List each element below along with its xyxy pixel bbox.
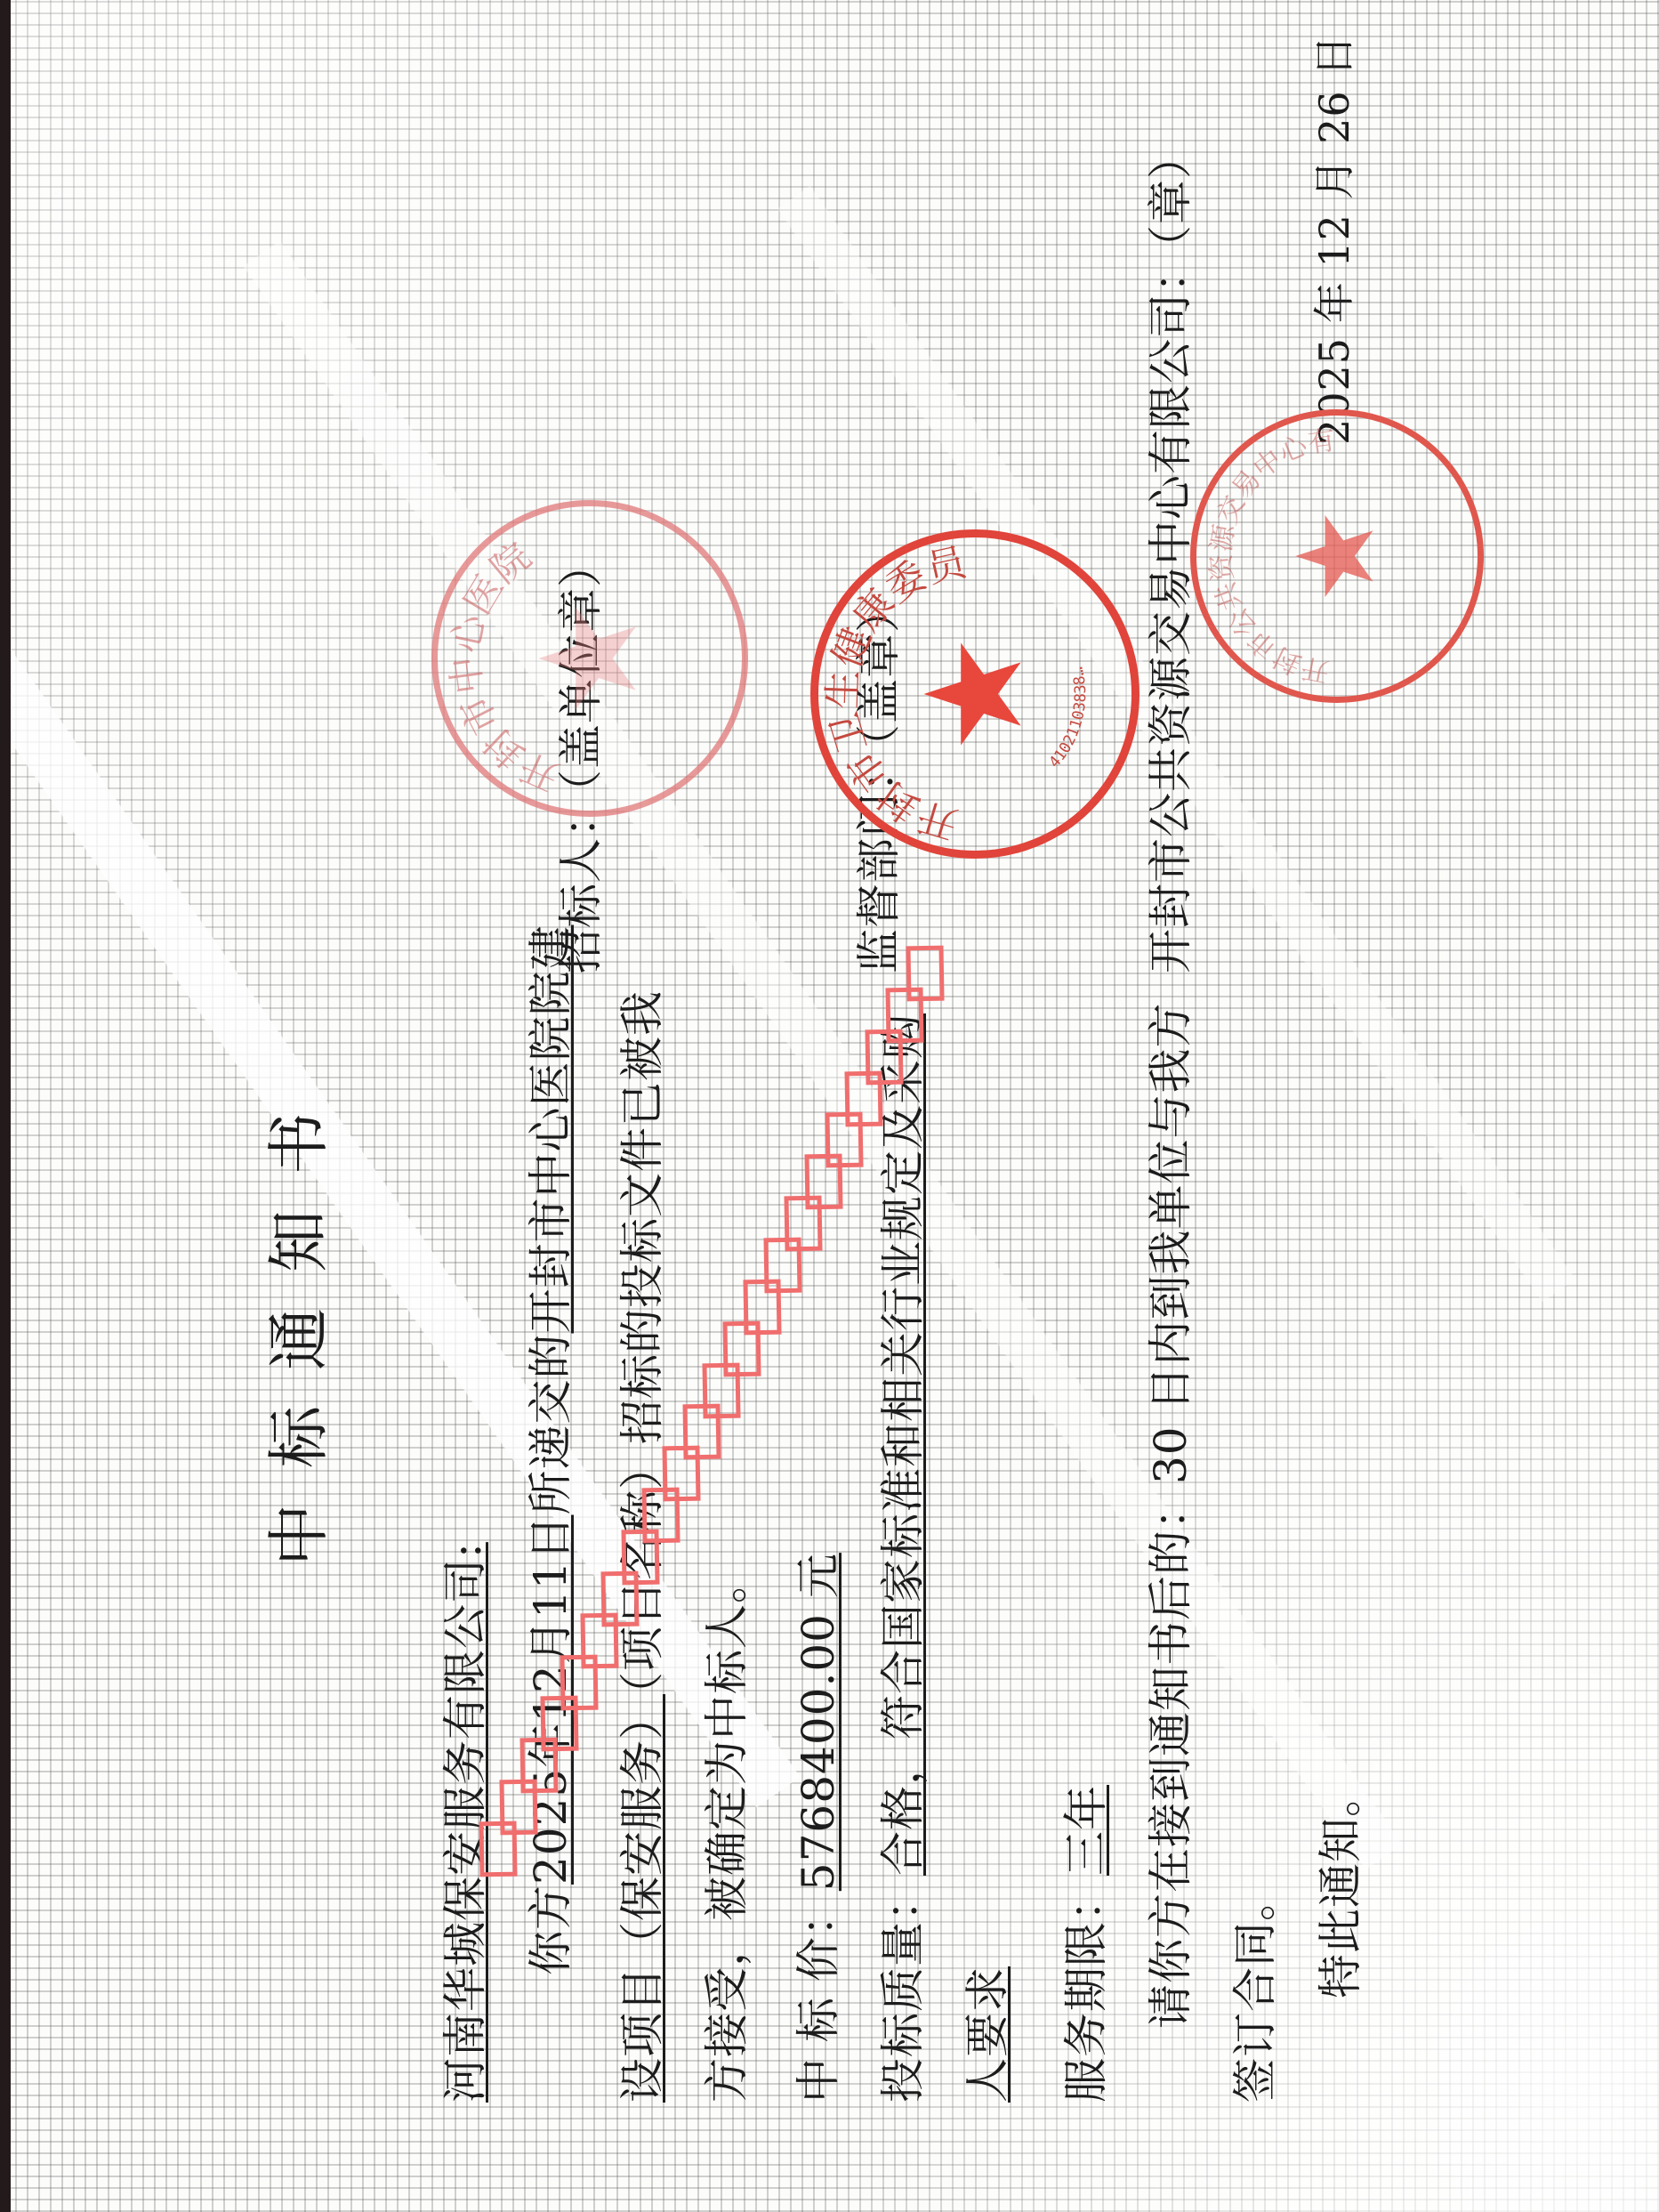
- service-period-value: 三年: [1060, 1785, 1112, 1876]
- award-notice-page: 中标通知书 河南华城保安服务有限公司: 你方2025年12月11日所递交的开封市…: [0, 0, 1659, 2212]
- trading-center-signature-label: 开封市公共资源交易中心有限公司：（章）: [1144, 133, 1197, 973]
- issue-date: 2025 年 12 月 26 日: [1308, 35, 1361, 445]
- price-label: 中 标 价：: [793, 1891, 844, 2103]
- quality-label: 投标质量：: [877, 1876, 929, 2103]
- quality-value-continued: 人要求: [961, 1966, 1014, 2103]
- closing-remark: 特此通知。: [1314, 1772, 1367, 1998]
- body-mid: 所递交的: [525, 1334, 576, 1515]
- quality-value: 合格，符合国家标准和相关行业规定及采购: [877, 1013, 929, 1876]
- scan-edge-shadow: [0, 0, 11, 2212]
- contract-request-line-1: 请你方在接到通知书后的：30 日内到我单位与我方: [1144, 1002, 1197, 2029]
- price-value: 5768400.00 元: [793, 1553, 844, 1891]
- contract-request-line-2: 签订合同。: [1228, 1876, 1282, 2103]
- star-icon: ★: [523, 599, 656, 718]
- star-icon: ★: [908, 634, 1042, 754]
- service-period-label: 服务期限：: [1060, 1876, 1112, 2103]
- red-box: [906, 946, 944, 1002]
- project-name-part-2: 设项目（保安服务）: [616, 1694, 668, 2103]
- star-icon: ★: [1284, 508, 1390, 604]
- supervisor-seal: 开封市卫生健康委员会 41021103838… ★: [810, 529, 1140, 859]
- trading-center-seal: 开封市公共资源交易中心有限公司 ★: [1190, 409, 1484, 703]
- body-line-3: 方接受，被确定为中标人。: [700, 1558, 753, 2103]
- service-period-row: 服务期限：三年: [1059, 1785, 1113, 2103]
- body-prefix: 你方: [525, 1885, 576, 1975]
- document-title: 中标通知书: [249, 1139, 339, 1566]
- project-name-part-1: 开封市中心医院院建: [525, 925, 576, 1334]
- quality-row: 投标质量：合格，符合国家标准和相关行业规定及采购: [876, 1013, 930, 2103]
- tenderer-seal: 开封市中心医院 ★: [431, 500, 748, 817]
- winning-price-row: 中 标 价：5768400.00 元: [792, 1553, 845, 2103]
